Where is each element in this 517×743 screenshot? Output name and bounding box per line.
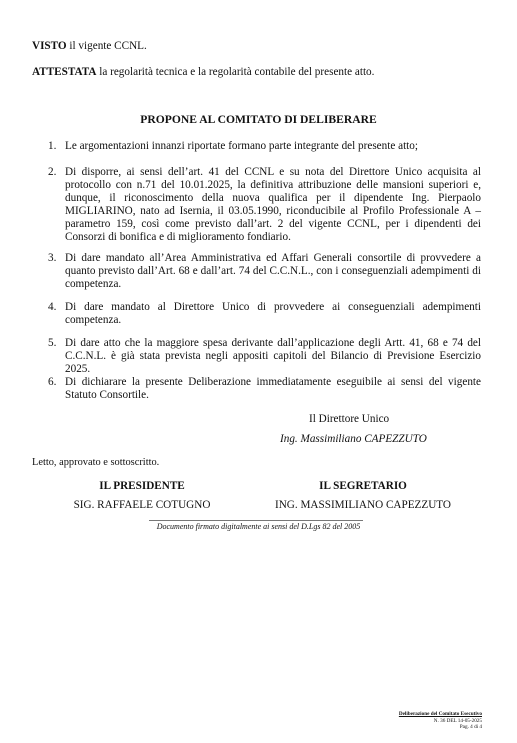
- item-number: 5.: [48, 337, 56, 349]
- visto-paragraph: VISTO il vigente CCNL.: [32, 40, 147, 52]
- section-heading: PROPONE AL COMITATO DI DELIBERARE: [0, 113, 517, 126]
- director-title: Il Direttore Unico: [309, 413, 389, 425]
- list-item: 1. Le argomentazioni innanzi riportate f…: [48, 140, 481, 153]
- item-number: 3.: [48, 252, 56, 264]
- item-number: 4.: [48, 301, 56, 313]
- list-item: 5. Di dare atto che la maggiore spesa de…: [48, 337, 481, 376]
- footer-page: Pag. 4 di 4: [399, 724, 482, 731]
- item-text: Di dichiarare la presente Deliberazione …: [65, 376, 481, 402]
- document-page: VISTO il vigente CCNL. ATTESTATA la rego…: [0, 0, 517, 743]
- item-text: Di dare mandato al Direttore Unico di pr…: [65, 301, 481, 327]
- visto-text: il vigente CCNL.: [67, 40, 147, 52]
- approval-statement: Letto, approvato e sottoscritto.: [32, 457, 159, 468]
- item-number: 6.: [48, 376, 56, 388]
- item-text: Di disporre, ai sensi dell’art. 41 del C…: [65, 166, 481, 245]
- secretary-name: ING. MASSIMILIANO CAPEZZUTO: [253, 499, 473, 511]
- president-name: SIG. RAFFAELE COTUGNO: [32, 499, 252, 511]
- attestata-label: ATTESTATA: [32, 66, 96, 78]
- list-item: 3. Di dare mandato all’Area Amministrati…: [48, 252, 481, 291]
- secretary-role: IL SEGRETARIO: [253, 480, 473, 492]
- list-item: 4. Di dare mandato al Direttore Unico di…: [48, 301, 481, 327]
- visto-label: VISTO: [32, 40, 67, 52]
- item-number: 1.: [48, 140, 56, 152]
- attestata-paragraph: ATTESTATA la regolarità tecnica e la reg…: [32, 66, 374, 78]
- item-number: 2.: [48, 166, 56, 178]
- footer-title: Deliberazione del Comitato Esecutivo: [399, 711, 482, 718]
- divider: [149, 520, 363, 521]
- attestata-text: la regolarità tecnica e la regolarità co…: [96, 66, 374, 78]
- item-text: Le argomentazioni innanzi riportate form…: [65, 140, 481, 153]
- list-item: 6. Di dichiarare la presente Deliberazio…: [48, 376, 481, 402]
- item-text: Di dare atto che la maggiore spesa deriv…: [65, 337, 481, 376]
- page-footer: Deliberazione del Comitato Esecutivo N. …: [399, 711, 482, 731]
- director-name: Ing. Massimiliano CAPEZZUTO: [280, 433, 427, 445]
- item-text: Di dare mandato all’Area Amministrativa …: [65, 252, 481, 291]
- president-role: IL PRESIDENTE: [32, 480, 252, 492]
- digital-signature-note: Documento firmato digitalmente ai sensi …: [0, 522, 517, 531]
- list-item: 2. Di disporre, ai sensi dell’art. 41 de…: [48, 166, 481, 245]
